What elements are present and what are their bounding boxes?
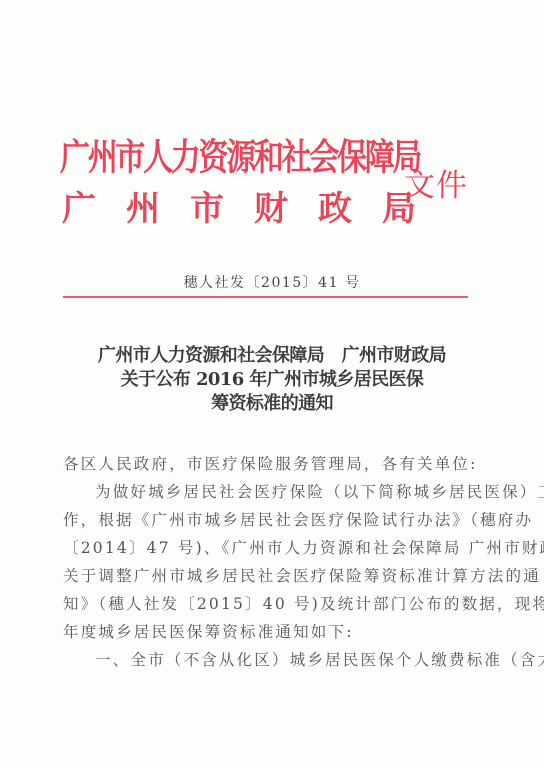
title-line-3: 筹资标准的通知 [0, 392, 544, 416]
issuer-finance-bureau: 广州市财政局 [62, 192, 416, 226]
issuer-char: 广 [62, 192, 126, 226]
issuer-char: 州 [126, 192, 190, 226]
body-line: 为做好城乡居民社会医疗保险（以下简称城乡居民医保）工 [63, 478, 473, 506]
salutation: 各区人民政府，市医疗保险服务管理局，各有关单位: [63, 450, 473, 478]
document-page: 广州市人力资源和社会保障局 广州市财政局 文件 穗人社发〔2015〕41 号 广… [0, 0, 544, 768]
body-line: 关于调整广州市城乡居民社会医疗保险筹资标准计算方法的通 [63, 562, 473, 590]
title-line-1: 广州市人力资源和社会保障局 广州市财政局 [0, 344, 544, 368]
title-line-2: 关于公布 2016 年广州市城乡居民医保 [0, 368, 544, 392]
issuer-char: 政 [318, 192, 382, 226]
body-line: 作，根据《广州市城乡居民社会医疗保险试行办法》（穗府办 [63, 506, 473, 534]
document-body: 各区人民政府，市医疗保险服务管理局，各有关单位: 为做好城乡居民社会医疗保险（以… [63, 450, 473, 674]
body-line: 〔2014〕47 号)、《广州市人力资源和社会保障局 广州市财政局 [63, 534, 473, 562]
issuer-hrss-bureau: 广州市人力资源和社会保障局 [60, 140, 420, 177]
document-number: 穗人社发〔2015〕41 号 [0, 272, 544, 292]
body-line: 一、全市（不含从化区）城乡居民医保个人缴费标准（含大 [63, 646, 473, 674]
issuer-char: 财 [254, 192, 318, 226]
issuer-char: 市 [190, 192, 254, 226]
red-divider [63, 296, 468, 298]
doc-type-label: 文件 [404, 171, 468, 202]
body-line: 年度城乡居民医保筹资标准通知如下: [63, 618, 473, 646]
body-line: 知》（穗人社发〔2015〕40 号)及统计部门公布的数据，现将 2016 [63, 590, 473, 618]
document-title: 广州市人力资源和社会保障局 广州市财政局 关于公布 2016 年广州市城乡居民医… [0, 344, 544, 416]
